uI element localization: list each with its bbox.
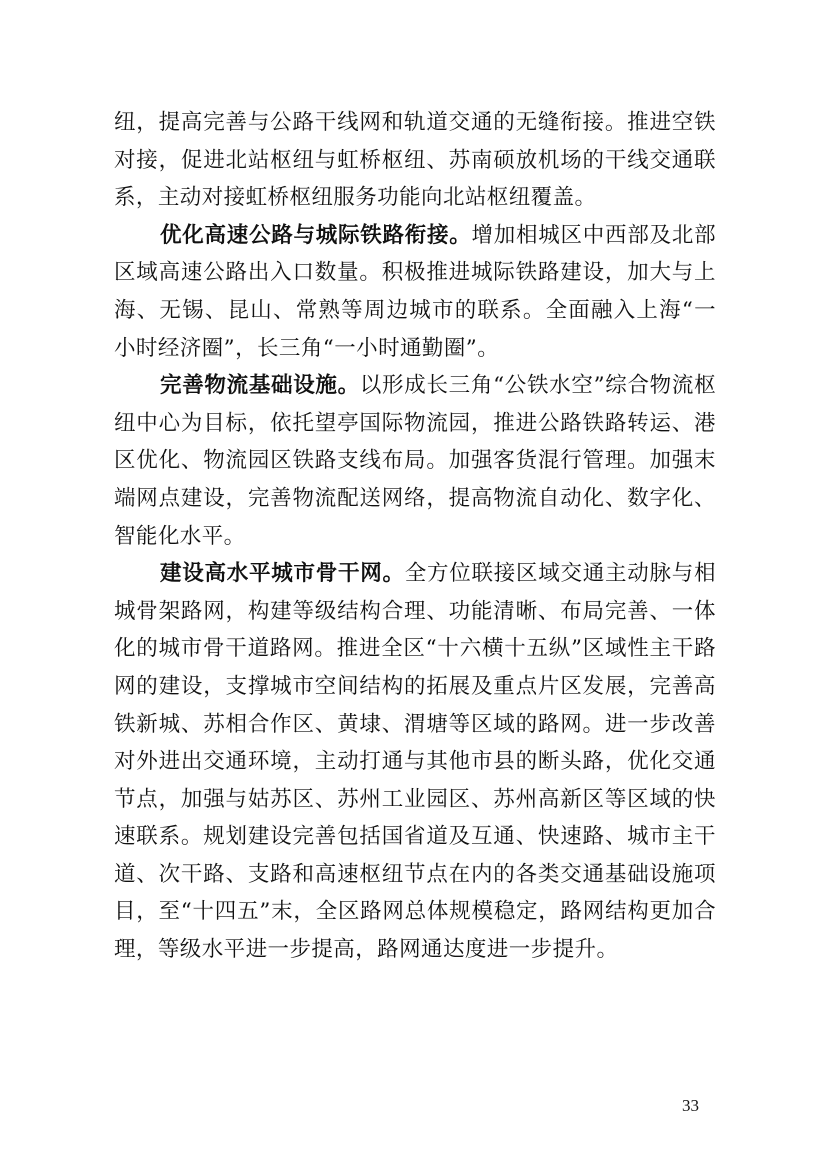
paragraph: 优化高速公路与城际铁路衔接。增加相城区中西部及北部区域高速公路出入口数量。积极推…: [114, 217, 716, 367]
paragraph-text: 全方位联接区域交通主动脉与相城骨架路网，构建等级结构合理、功能清晰、布局完善、一…: [114, 561, 716, 962]
paragraph-text: 以形成长三角“公铁水空”综合物流枢纽中心为目标，依托望亭国际物流园，推进公路铁路…: [114, 373, 716, 548]
document-page: 纽，提高完善与公路干线网和轨道交通的无缝衔接。推进空铁对接，促进北站枢纽与虹桥枢…: [0, 0, 828, 1171]
paragraph-text: 纽，提高完善与公路干线网和轨道交通的无缝衔接。推进空铁对接，促进北站枢纽与虹桥枢…: [114, 110, 716, 210]
paragraph-continuation: 纽，提高完善与公路干线网和轨道交通的无缝衔接。推进空铁对接，促进北站枢纽与虹桥枢…: [114, 104, 716, 217]
document-body: 纽，提高完善与公路干线网和轨道交通的无缝衔接。推进空铁对接，促进北站枢纽与虹桥枢…: [114, 104, 716, 969]
page-number: 33: [682, 1095, 699, 1117]
paragraph: 完善物流基础设施。以形成长三角“公铁水空”综合物流枢纽中心为目标，依托望亭国际物…: [114, 367, 716, 555]
paragraph-lead-bold: 建设高水平城市骨干网。: [160, 561, 405, 586]
paragraph-lead-bold: 优化高速公路与城际铁路衔接。: [160, 223, 472, 248]
paragraph-lead-bold: 完善物流基础设施。: [160, 373, 360, 398]
paragraph: 建设高水平城市骨干网。全方位联接区域交通主动脉与相城骨架路网，构建等级结构合理、…: [114, 555, 716, 969]
